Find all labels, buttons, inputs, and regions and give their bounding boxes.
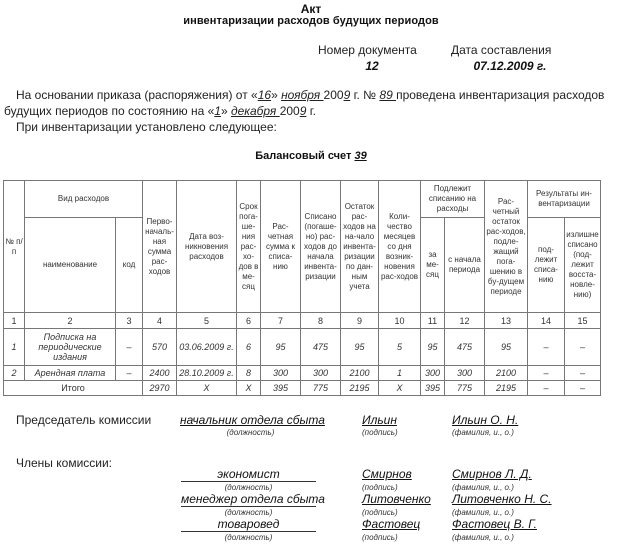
position-caption: (должность) xyxy=(181,483,316,492)
header-results: Результаты ин-вентаризации xyxy=(528,181,601,218)
table-cell: 95 xyxy=(261,329,301,366)
column-number-row: 123456789101112131415 xyxy=(4,313,601,329)
position-line xyxy=(181,531,316,532)
header-written-off: Списано (погаше-но) рас-ходов до начала … xyxy=(301,181,341,313)
member-position: товаровед xyxy=(181,517,316,531)
position-line xyxy=(181,506,316,507)
column-number: 9 xyxy=(341,313,379,329)
signature-value: Фастовец xyxy=(362,517,420,531)
total-cell: – xyxy=(528,381,565,396)
name-value: Смирнов Л. Д. xyxy=(452,467,532,481)
table-cell: 6 xyxy=(237,329,261,366)
total-cell: 2195 xyxy=(485,381,528,396)
total-cell: 2970 xyxy=(143,381,177,396)
table-cell: 95 xyxy=(485,329,528,366)
position-value: начальник отдела сбыта xyxy=(180,413,325,427)
table-cell: – xyxy=(116,329,143,366)
total-cell: 395 xyxy=(261,381,301,396)
header-subject: под-лежит списа-нию xyxy=(528,218,565,313)
account-label: Балансовый счет xyxy=(255,150,354,162)
total-cell: X xyxy=(379,381,421,396)
order-month: ноября xyxy=(281,88,323,102)
table-cell: 2100 xyxy=(485,366,528,381)
total-cell: X xyxy=(177,381,237,396)
column-number: 5 xyxy=(177,313,237,329)
total-cell: X xyxy=(237,381,261,396)
table-row: 2Арендная плата–240028.10.2009 г.8300300… xyxy=(4,366,601,381)
state-day: 1 xyxy=(214,104,221,118)
account-number: 39 xyxy=(354,150,366,162)
table-cell: 300 xyxy=(261,366,301,381)
total-row: Итого 2970XX3957752195X3957752195–– xyxy=(4,381,601,396)
total-cell: 395 xyxy=(421,381,445,396)
member-name: Смирнов Л. Д. xyxy=(452,467,532,481)
column-number: 14 xyxy=(528,313,565,329)
signature-value: Смирнов xyxy=(362,467,412,481)
name-value: Литовченко Н. С. xyxy=(452,492,552,506)
table-cell: – xyxy=(116,366,143,381)
position-caption: (должность) xyxy=(181,533,316,542)
table-row: 1Подписка на периодические издания–57003… xyxy=(4,329,601,366)
table-cell: 5 xyxy=(379,329,421,366)
chairman-label: Председатель комиссии xyxy=(16,413,151,427)
signature-caption: (подпись) xyxy=(362,508,398,517)
table-cell: 570 xyxy=(143,329,177,366)
name-caption: (фамилия, и., о.) xyxy=(452,508,514,517)
total-cell: – xyxy=(565,381,601,396)
column-number: 15 xyxy=(565,313,601,329)
members-label: Члены комиссии: xyxy=(16,456,112,470)
inventory-table: № п/п Вид расходов Перво-началь-ная сумм… xyxy=(3,180,601,396)
table-cell: 8 xyxy=(237,366,261,381)
table-cell: – xyxy=(565,366,601,381)
member-signature: Фастовец xyxy=(362,517,420,531)
name-value: Ильин О. Н. xyxy=(452,413,518,427)
name-caption: (фамилия, и., о.) xyxy=(452,533,514,542)
table-cell: – xyxy=(528,366,565,381)
chairman-name: Ильин О. Н. xyxy=(452,413,518,427)
member-signature: Смирнов xyxy=(362,467,412,481)
member-name: Фастовец В. Г. xyxy=(452,517,537,531)
chairman-signature: Ильин xyxy=(362,413,397,427)
column-number: 3 xyxy=(116,313,143,329)
header-calc-balance: Рас-четный остаток рас-ходов, подле-жащи… xyxy=(485,181,528,313)
signature-value: Литовченко xyxy=(362,492,431,506)
account-title: Балансовый счет 39 xyxy=(0,150,622,162)
member-position: экономист xyxy=(181,467,316,481)
signature-caption: (подпись) xyxy=(362,428,398,437)
signature-value: Ильин xyxy=(362,413,397,427)
intro-text: » xyxy=(271,88,281,102)
table-cell: 1 xyxy=(379,366,421,381)
column-number: 4 xyxy=(143,313,177,329)
intro-line-2: будущих периодов по состоянию на «1» дек… xyxy=(4,104,316,118)
member-signature: Литовченко xyxy=(362,492,431,506)
name-value: Фастовец В. Г. xyxy=(452,517,537,531)
column-number: 6 xyxy=(237,313,261,329)
header-term: Срок пога-ше-ния рас-хо-дов в ме-сяц xyxy=(237,181,261,313)
chairman-position: начальник отдела сбыта xyxy=(180,413,321,427)
column-number: 13 xyxy=(485,313,528,329)
total-cell: 775 xyxy=(445,381,485,396)
header-months: Коли-чество месяцев со дня возник-новени… xyxy=(379,181,421,313)
intro-text: 200 xyxy=(324,88,344,102)
document-subtitle: инвентаризации расходов будущих периодов xyxy=(0,15,622,27)
column-number: 2 xyxy=(25,313,116,329)
table-cell: 95 xyxy=(421,329,445,366)
header-from-start: с начала периода xyxy=(445,218,485,313)
table-cell: Арендная плата xyxy=(25,366,116,381)
total-label: Итого xyxy=(4,381,143,396)
column-number: 7 xyxy=(261,313,301,329)
table-cell: – xyxy=(528,329,565,366)
name-caption: (фамилия, и., о.) xyxy=(452,428,514,437)
column-number: 12 xyxy=(445,313,485,329)
intro-text: 200 xyxy=(280,104,300,118)
order-day: 16 xyxy=(258,88,271,102)
header-initial-sum: Перво-началь-ная сумма рас-ходов xyxy=(143,181,177,313)
name-caption: (фамилия, и., о.) xyxy=(452,483,514,492)
document-title: Акт xyxy=(0,2,622,16)
signature-caption: (подпись) xyxy=(362,533,398,542)
table-cell: 1 xyxy=(4,329,25,366)
table-cell: 95 xyxy=(341,329,379,366)
table-cell: 03.06.2009 г. xyxy=(177,329,237,366)
column-number: 1 xyxy=(4,313,25,329)
header-code: код xyxy=(116,218,143,313)
intro-text: г. xyxy=(306,104,316,118)
position-caption: (должность) xyxy=(181,508,316,517)
header-date: Дата воз-никновения расходов xyxy=(177,181,237,313)
doc-number-label: Номер документа xyxy=(318,43,417,57)
position-caption: (должность) xyxy=(180,428,321,437)
table-cell: 2100 xyxy=(341,366,379,381)
intro-text: проведена инвентаризация расходов xyxy=(396,88,604,102)
total-cell: 2195 xyxy=(341,381,379,396)
header-per-month: за ме-сяц xyxy=(421,218,445,313)
table-cell: 300 xyxy=(445,366,485,381)
table-cell: 300 xyxy=(301,366,341,381)
table-cell: 28.10.2009 г. xyxy=(177,366,237,381)
column-number: 8 xyxy=(301,313,341,329)
header-to-write-off: Подлежит списанию на расходы xyxy=(421,181,485,218)
table-cell: 475 xyxy=(445,329,485,366)
intro-text: г. № xyxy=(350,88,379,102)
intro-text: будущих периодов по состоянию на « xyxy=(4,104,214,118)
member-position: менеджер отдела сбыта xyxy=(181,492,316,506)
intro-text: » xyxy=(221,104,231,118)
table-cell: 300 xyxy=(421,366,445,381)
header-name: наименование xyxy=(25,218,116,313)
header-num: № п/п xyxy=(4,181,25,313)
member-name: Литовченко Н. С. xyxy=(452,492,552,506)
table-cell: 2 xyxy=(4,366,25,381)
column-number: 10 xyxy=(379,313,421,329)
table-cell: Подписка на периодические издания xyxy=(25,329,116,366)
intro-text: На основании приказа (распоряжения) от « xyxy=(16,88,258,102)
header-kind: Вид расходов xyxy=(25,181,143,218)
position-line xyxy=(181,481,316,482)
total-cell: 775 xyxy=(301,381,341,396)
table-cell: – xyxy=(565,329,601,366)
column-number: 11 xyxy=(421,313,445,329)
doc-number: 12 xyxy=(318,59,426,73)
header-excess: излишне списано (под-лежит восста-новле-… xyxy=(565,218,601,313)
header-balance: Остаток рас-ходов на на-чало инвента-риз… xyxy=(341,181,379,313)
signature-caption: (подпись) xyxy=(362,483,398,492)
doc-date: 07.12.2009 г. xyxy=(451,59,569,73)
intro-line-3: При инвентаризации установлено следующее… xyxy=(16,120,277,134)
doc-date-label: Дата составления xyxy=(451,43,551,57)
header-calc-sum: Рас-четная сумма к списа-нию xyxy=(261,181,301,313)
order-number: 89 xyxy=(379,88,396,102)
table-cell: 2400 xyxy=(143,366,177,381)
intro-line-1: На основании приказа (распоряжения) от «… xyxy=(16,88,604,102)
state-month: декабря xyxy=(231,104,280,118)
table-cell: 475 xyxy=(301,329,341,366)
